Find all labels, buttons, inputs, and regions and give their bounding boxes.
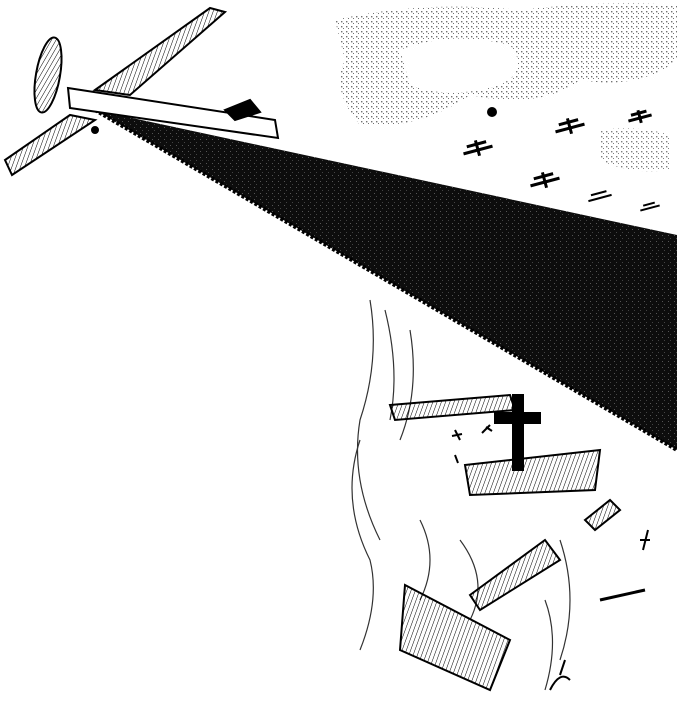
bomb [487,107,497,117]
illustration-canvas [0,0,677,717]
dark-beam [95,110,677,450]
clouds [335,3,677,171]
